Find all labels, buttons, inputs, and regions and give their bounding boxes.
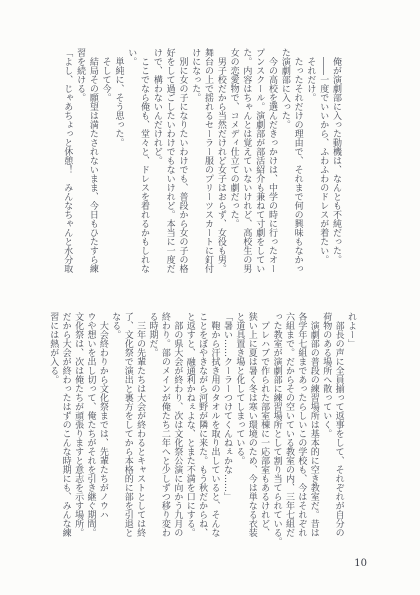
- text-block-bottom: れよー」 部長の声に全員揃って返事をして、それぞれが自分の 荷物のある場所へ散っ…: [47, 312, 357, 552]
- text-block-top: 俺が演劇部に入った動機は、なんとも不純だった。 ――一度でいいから、ふわふわのド…: [60, 48, 342, 288]
- page-number: 10: [354, 558, 367, 569]
